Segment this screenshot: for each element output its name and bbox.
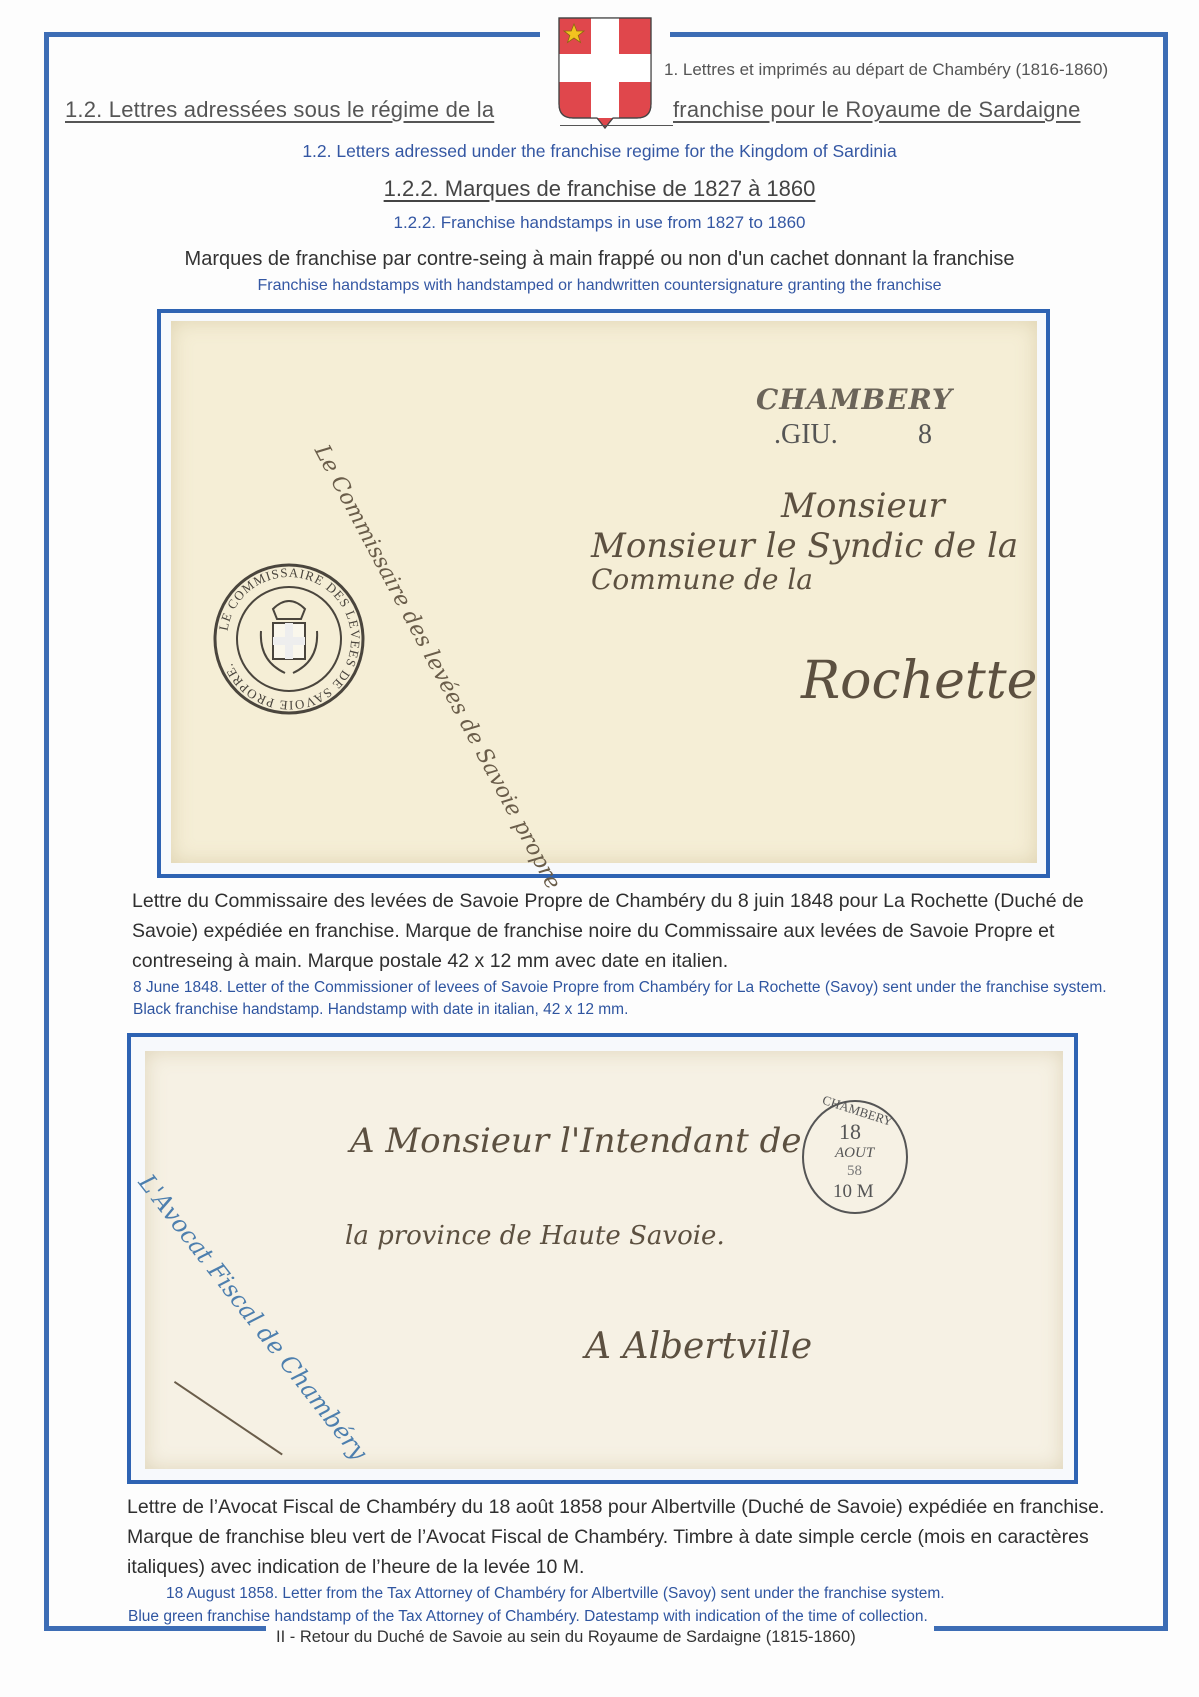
postmark-day: 8 [918,419,932,451]
address-line-3: Commune de la [591,563,813,596]
section-title-english: 1.2.2. Franchise handstamps in use from … [0,213,1199,233]
address-line-2: la province de Haute Savoie. [345,1221,725,1251]
signature-stroke [174,1381,283,1455]
letter-2-caption-en-line-1: 18 August 1858. Letter from the Tax Atto… [166,1583,945,1605]
page-title-right: franchise pour le Royaume de Sardaigne [673,97,1081,123]
address-line-2: Monsieur le Syndic de la [591,526,1018,566]
letter-1-image: CHAMBERY .GIU. 8 LE COMMISSAIRE DES LEVE… [171,321,1037,863]
address-line-1: A Monsieur l'Intendant de [350,1121,801,1161]
address-line-3: A Albertville [585,1326,812,1367]
datestamp-month: AOUT [835,1145,874,1162]
letter-2-image: CHAMBERY 18 AOUT 58 10 M L'Avocat Fiscal… [145,1051,1063,1469]
savoy-crest [557,16,653,130]
address-line-1: Monsieur [781,486,945,526]
datestamp-day: 18 [839,1119,861,1145]
seal-icon: LE COMMISSAIRE DES LEVEES DE SAVOIE PROP… [211,561,367,717]
letter-1-caption-en: 8 June 1848. Letter of the Commissioner … [133,977,1108,1021]
title-underline [560,125,673,126]
letter-1-caption-fr: Lettre du Commissaire des levées de Savo… [132,886,1112,976]
crest-icon [557,16,653,130]
page-title-english: 1.2. Letters adressed under the franchis… [0,141,1199,162]
postmark-month: .GIU. [774,419,838,451]
datestamp-chambery: CHAMBERY 18 AOUT 58 10 M [799,1097,911,1217]
intro-text-english: Franchise handstamps with handstamped or… [0,277,1199,295]
page-footer: II - Retour du Duché de Savoie au sein d… [276,1628,856,1647]
frame-top-left [44,32,540,37]
letter-2-caption-en-line-2: Blue green franchise handstamp of the Ta… [128,1606,928,1628]
address-line-4: Rochette [801,651,1037,711]
frame-left [44,32,49,1630]
letter-1-frame: CHAMBERY .GIU. 8 LE COMMISSAIRE DES LEVE… [157,309,1050,878]
letter-2-frame: CHAMBERY 18 AOUT 58 10 M L'Avocat Fiscal… [127,1033,1078,1484]
datestamp-year: 58 [847,1163,862,1180]
intro-text: Marques de franchise par contre-seing à … [0,248,1199,271]
chapter-heading: 1. Lettres et imprimés au départ de Cham… [664,60,1108,80]
franchise-mark-blue: L'Avocat Fiscal de Chambéry [133,1169,373,1465]
letter-2-caption-fr: Lettre de l’Avocat Fiscal de Chambéry du… [127,1492,1117,1582]
frame-right [1163,32,1168,1630]
frame-top-right [670,32,1168,37]
page-title-left: 1.2. Lettres adressées sous le régime de… [65,97,494,123]
section-title: 1.2.2. Marques de franchise de 1827 à 18… [0,176,1199,202]
postmark-chambery: CHAMBERY [756,383,953,416]
frame-bottom-right [934,1626,1168,1631]
datestamp-hour: 10 M [833,1181,874,1203]
commissaire-seal: LE COMMISSAIRE DES LEVEES DE SAVOIE PROP… [211,561,367,717]
